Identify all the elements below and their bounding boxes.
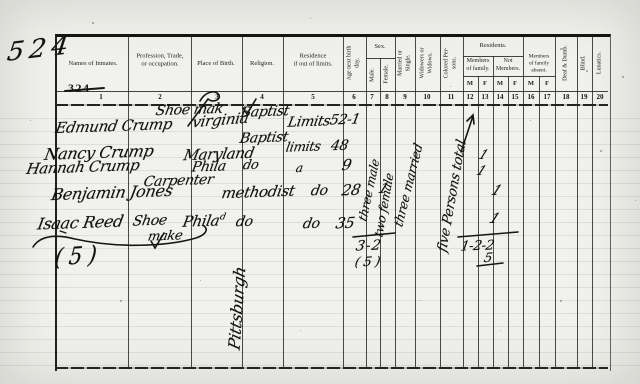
column-number: 6 <box>352 93 356 101</box>
header-blind: Blind. <box>580 56 588 71</box>
speck <box>450 86 451 87</box>
grid-line <box>191 36 192 368</box>
row4-residence: do <box>310 183 330 200</box>
grid-line <box>55 104 608 106</box>
header-married-or-single: Married or Single. <box>398 50 413 76</box>
census-register-scan: 524 324 Names of Inmates. Profession, Tr… <box>0 0 640 384</box>
row4-religion: methodist <box>220 182 296 203</box>
grid-line <box>523 36 524 368</box>
column-number: 3 <box>215 93 219 101</box>
grid-line <box>366 58 395 59</box>
mf-header-m: M <box>497 80 503 87</box>
column-number: 10 <box>424 93 431 101</box>
column-number: 5 <box>311 93 315 101</box>
speck <box>586 70 588 72</box>
row1-religion: Baptist <box>239 103 290 121</box>
speck <box>530 120 531 121</box>
header-male: Male. <box>369 68 377 82</box>
header-place-of-birth: Place of Birth. <box>191 60 241 68</box>
printed-page-number: 324 <box>68 81 91 96</box>
row5-age: 35 <box>334 214 356 233</box>
grid-line <box>440 36 441 368</box>
grid-line <box>555 36 556 368</box>
column-number: 2 <box>158 93 162 101</box>
header-sex-group: Sex. <box>374 43 385 51</box>
column-number: 17 <box>544 93 551 101</box>
grid-line <box>478 76 479 368</box>
mf-header-f: F <box>483 80 487 87</box>
column-number: 4 <box>260 93 264 101</box>
mf-header-m: M <box>467 80 473 87</box>
speck <box>200 280 201 281</box>
header-female: Female. <box>383 64 391 83</box>
sex-columns-total: 3-2 <box>354 238 383 255</box>
column-number: 7 <box>370 93 374 101</box>
mf-header-m: M <box>528 80 534 87</box>
grid-line <box>343 36 344 368</box>
speck <box>560 48 562 50</box>
column-number: 15 <box>512 93 519 101</box>
column-number: 19 <box>581 93 588 101</box>
column-number: 16 <box>528 93 535 101</box>
header-deaf-and-dumb: Deaf & Dumb. <box>562 45 570 81</box>
header-age-next-birthday: Age next birth day. <box>347 46 362 81</box>
column-number: 11 <box>448 93 455 101</box>
grid-line <box>128 36 129 368</box>
grid-line <box>577 36 578 368</box>
grid-line <box>55 91 608 92</box>
grid-line <box>463 36 464 368</box>
speck <box>420 300 421 301</box>
column-number: 1 <box>99 93 103 101</box>
speck <box>120 300 122 302</box>
header-names-of-inmates: Names of Inmates. <box>58 60 128 68</box>
row5-religion: do <box>235 214 255 231</box>
grid-line <box>463 76 555 77</box>
row5-residence: do <box>302 216 322 233</box>
grid-line <box>592 36 593 368</box>
sex-columns-sum: ( 5 ) <box>354 255 382 271</box>
speck <box>600 150 602 152</box>
header-not-members: Not Members. <box>496 58 520 74</box>
row3-religion: do <box>242 158 260 174</box>
grid-line <box>539 76 540 368</box>
grid-line <box>415 36 416 368</box>
column-number: 12 <box>467 93 474 101</box>
grid-line <box>508 76 509 368</box>
row1-residence: Limits <box>286 113 331 130</box>
speck <box>500 330 501 331</box>
row2-residence: limits <box>285 139 322 155</box>
speck <box>622 76 624 78</box>
header-lunatics: Lunatics. <box>596 52 604 74</box>
grid-line <box>283 36 284 368</box>
row2-age: 48 <box>330 138 350 155</box>
column-number: 20 <box>597 93 604 101</box>
header-residents-group: Residents. <box>480 42 507 50</box>
header-members-of-family-absent: Members of family absent. <box>523 53 555 74</box>
header-profession: Profession, Trade, or occupation. <box>128 53 192 70</box>
row5-name: Isaac Reed <box>36 212 125 234</box>
speck <box>30 120 31 121</box>
row5-profession: Shoe <box>131 212 168 229</box>
grid-line <box>55 367 608 369</box>
header-religion: Religion. <box>241 60 283 68</box>
column-number: 9 <box>403 93 407 101</box>
speck <box>92 22 94 24</box>
speck <box>560 300 562 302</box>
header-members-of-family: Members of family. <box>466 58 489 74</box>
speck <box>635 200 636 201</box>
row5-birthplace: Philad <box>181 211 226 230</box>
row4-age: 28 <box>340 181 362 200</box>
row5-birthplace-text: Phila <box>181 211 221 230</box>
grid-line <box>463 56 523 57</box>
column-number: 13 <box>482 93 489 101</box>
mf-header-f: F <box>513 80 517 87</box>
row5-profession-cont: make <box>147 228 184 244</box>
column-number: 8 <box>385 93 389 101</box>
column-number: 18 <box>563 93 570 101</box>
row1-age: 52-1 <box>328 111 361 128</box>
header-widowers-or-widows: Widowers or Widows. <box>420 48 435 79</box>
names-column-total: ( 5 ) <box>53 241 97 271</box>
header-colored-persons: Colored Per- sons. <box>444 48 459 79</box>
speck <box>310 18 311 19</box>
speck <box>300 330 301 331</box>
column-number: 14 <box>497 93 504 101</box>
mf-header-f: F <box>545 80 549 87</box>
header-residence: Residence if out of limits. <box>284 53 342 70</box>
